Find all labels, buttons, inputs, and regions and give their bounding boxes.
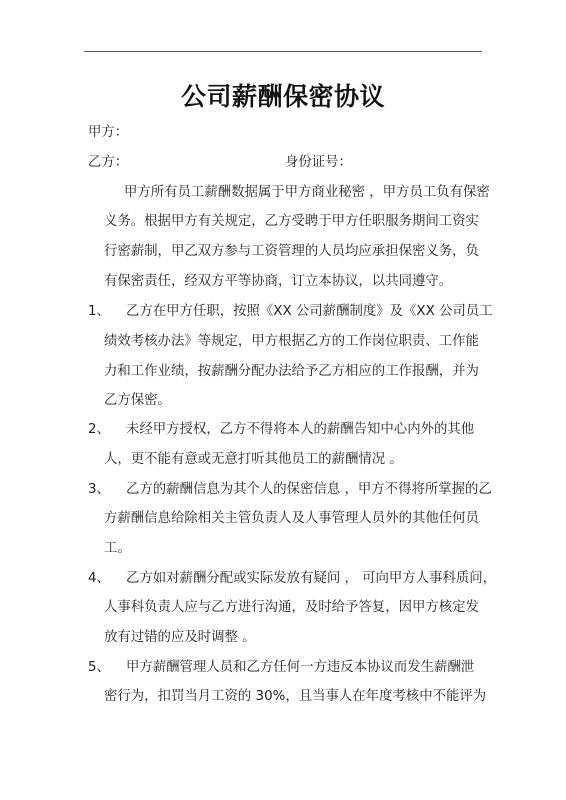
preamble-line: 义务。根据甲方有关规定，乙方受聘于甲方任职服务期间工资实 <box>104 210 479 229</box>
id-number-label: 身份证号： <box>285 151 352 170</box>
clause-number: 2、 <box>88 418 110 437</box>
clause-line: 甲方薪酬管理人员和乙方任何一方违反本协议而发生薪酬泄 <box>126 656 474 675</box>
clause-line: 人，更不能有意或无意打听其他员工的薪酬情况 。 <box>104 448 403 467</box>
clause-number: 3、 <box>88 478 110 497</box>
document-title: 公司薪酬保密协议 <box>0 77 566 113</box>
clause-number: 1、 <box>88 300 110 319</box>
clause-line: 绩效考核办法》等规定，甲方根据乙方的工作岗位职责、工作能 <box>104 330 479 349</box>
clause-line: 未经甲方授权，乙方不得将本人的薪酬告知中心内外的其他 <box>126 418 474 437</box>
clause-line: 放有过错的应及时调整 。 <box>104 626 256 645</box>
clause-number: 5、 <box>88 656 110 675</box>
clause-line: 人事科负责人应与乙方进行沟通，及时给予答复，因甲方核定发 <box>104 596 479 615</box>
clause-line: 工。 <box>104 537 131 556</box>
clause-line: 乙方在甲方任职，按照《XX 公司薪酬制度》及《XX 公司员工 <box>126 300 493 319</box>
preamble-line: 行密薪制，甲乙双方参与工资管理的人员均应承担保密义务，负 <box>104 240 479 259</box>
preamble-line: 有保密责任，经双方平等协商，订立本协议，以共同遵守。 <box>104 270 452 289</box>
clause-line: 乙方如对薪酬分配或实际发放有疑问 ， 可向甲方人事科质问， <box>126 567 496 586</box>
party-b-label: 乙方： <box>88 151 128 170</box>
clause-line: 乙方的薪酬信息为其个人的保密信息 ，甲方不得将所掌握的乙 <box>126 478 492 497</box>
clause-line: 力和工作业绩，按薪酬分配办法给予乙方相应的工作报酬，并为 <box>104 360 479 379</box>
clause-line: 密行为，扣罚当月工资的 30%，且当事人在年度考核中不能评为 <box>104 685 486 704</box>
clause-line: 乙方保密。 <box>104 389 171 408</box>
clause-line: 方薪酬信息给除相关主管负责人及人事管理人员外的其他任何员 <box>104 507 479 526</box>
clause-number: 4、 <box>88 567 110 586</box>
preamble-line: 甲方所有员工薪酬数据属于甲方商业秘密 ，甲方员工负有保密 <box>124 181 490 200</box>
header-rule <box>84 51 482 52</box>
party-a-label: 甲方： <box>88 121 128 140</box>
